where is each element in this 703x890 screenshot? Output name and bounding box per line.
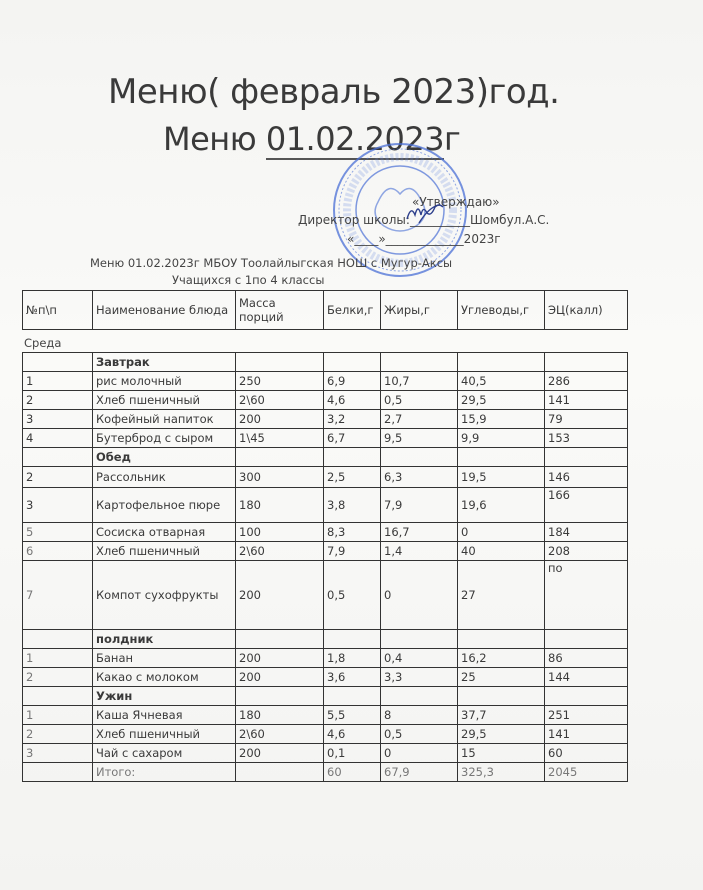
cell-number [23, 448, 93, 467]
cell-protein: 4,6 [324, 391, 381, 410]
cell-mass [236, 448, 324, 467]
cell-carbs: 9,9 [458, 429, 545, 448]
cell-protein [324, 448, 381, 467]
cell-fat: 8 [381, 706, 458, 725]
cell-kcal: 2045 [545, 763, 628, 782]
section-row: Завтрак [23, 353, 628, 372]
cell-dish-name: рис молочный [93, 372, 236, 391]
cell-carbs: 40 [458, 542, 545, 561]
total-row: Итого:6067,9325,32045 [23, 763, 628, 782]
cell-protein: 0,5 [324, 561, 381, 630]
cell-kcal: 153 [545, 429, 628, 448]
cell-number: 3 [23, 410, 93, 429]
cell-mass: 1\45 [236, 429, 324, 448]
col-number: №п\п [23, 291, 93, 330]
cell-fat [381, 448, 458, 467]
cell-mass [236, 353, 324, 372]
section-row: Ужин [23, 687, 628, 706]
cell-dish-name: Банан [93, 649, 236, 668]
cell-protein: 3,8 [324, 488, 381, 523]
cell-mass [236, 630, 324, 649]
cell-number: 2 [23, 391, 93, 410]
cell-kcal: 166 [545, 488, 628, 523]
cell-dish-name: Кофейный напиток [93, 410, 236, 429]
cell-dish-name: Хлеб пшеничный [93, 725, 236, 744]
cell-kcal: 144 [545, 668, 628, 687]
cell-number [23, 763, 93, 782]
cell-protein: 6,9 [324, 372, 381, 391]
cell-protein: 5,5 [324, 706, 381, 725]
cell-number [23, 630, 93, 649]
cell-kcal: 60 [545, 744, 628, 763]
cell-kcal: 146 [545, 467, 628, 488]
cell-number: 1 [23, 372, 93, 391]
cell-kcal [545, 353, 628, 372]
cell-fat: 16,7 [381, 523, 458, 542]
cell-number: 4 [23, 429, 93, 448]
cell-protein [324, 630, 381, 649]
cell-protein: 4,6 [324, 725, 381, 744]
approval-date: «____»_____________2023г [347, 232, 501, 246]
cell-dish-name: Хлеб пшеничный [93, 542, 236, 561]
cell-mass: 200 [236, 649, 324, 668]
cell-number: 2 [23, 725, 93, 744]
cell-number: 3 [23, 744, 93, 763]
cell-fat: 2,7 [381, 410, 458, 429]
cell-carbs: 29,5 [458, 391, 545, 410]
cell-mass: 200 [236, 668, 324, 687]
cell-protein: 0,1 [324, 744, 381, 763]
cell-protein: 3,6 [324, 668, 381, 687]
cell-protein: 8,3 [324, 523, 381, 542]
table-row: 1Банан2001,80,416,286 [23, 649, 628, 668]
cell-kcal: 251 [545, 706, 628, 725]
cell-carbs: 29,5 [458, 725, 545, 744]
cell-kcal: 141 [545, 725, 628, 744]
cell-protein [324, 687, 381, 706]
menu-header-line: Меню 01.02.2023г МБОУ Тоолайлыгская НОШ … [90, 256, 452, 270]
cell-dish-name: Чай с сахаром [93, 744, 236, 763]
cell-kcal [545, 687, 628, 706]
table-row: 6Хлеб пшеничный2\607,91,440208 [23, 542, 628, 561]
cell-protein: 7,9 [324, 542, 381, 561]
cell-carbs: 40,5 [458, 372, 545, 391]
cell-fat: 9,5 [381, 429, 458, 448]
cell-kcal: 184 [545, 523, 628, 542]
cell-dish-name: Завтрак [93, 353, 236, 372]
cell-fat: 1,4 [381, 542, 458, 561]
cell-fat [381, 353, 458, 372]
cell-number: 2 [23, 668, 93, 687]
cell-mass: 2\60 [236, 391, 324, 410]
table-row: 7Компот сухофрукты2000,5027по [23, 561, 628, 630]
cell-mass: 200 [236, 744, 324, 763]
cell-dish-name: полдник [93, 630, 236, 649]
cell-dish-name: Ужин [93, 687, 236, 706]
cell-carbs: 19,5 [458, 467, 545, 488]
day-label: Среда [24, 336, 61, 350]
cell-kcal: 79 [545, 410, 628, 429]
cell-protein: 3,2 [324, 410, 381, 429]
cell-fat: 0,5 [381, 725, 458, 744]
table-row: 1Каша Ячневая1805,5837,7251 [23, 706, 628, 725]
cell-dish-name: Компот сухофрукты [93, 561, 236, 630]
cell-mass: 250 [236, 372, 324, 391]
cell-dish-name: Какао с молоком [93, 668, 236, 687]
cell-carbs: 15,9 [458, 410, 545, 429]
cell-protein: 1,8 [324, 649, 381, 668]
cell-carbs [458, 353, 545, 372]
cell-dish-name: Рассольник [93, 467, 236, 488]
cell-carbs: 25 [458, 668, 545, 687]
cell-fat: 6,3 [381, 467, 458, 488]
section-row: Обед [23, 448, 628, 467]
cell-number: 3 [23, 488, 93, 523]
cell-dish-name: Каша Ячневая [93, 706, 236, 725]
cell-carbs: 37,7 [458, 706, 545, 725]
cell-number [23, 353, 93, 372]
cell-mass: 200 [236, 561, 324, 630]
cell-number: 1 [23, 649, 93, 668]
cell-kcal: по [545, 561, 628, 630]
cell-number [23, 687, 93, 706]
cell-fat: 3,3 [381, 668, 458, 687]
col-fat: Жиры,г [381, 291, 458, 330]
cell-dish-name: Хлеб пшеничный [93, 391, 236, 410]
col-mass: Массапорций [236, 291, 324, 330]
cell-dish-name: Картофельное пюре [93, 488, 236, 523]
cell-number: 2 [23, 467, 93, 488]
header-row: №п\п Наименование блюда Массапорций Белк… [23, 291, 628, 330]
cell-fat: 7,9 [381, 488, 458, 523]
menu-table: Завтрак1 рис молочный2506,910,740,52862Х… [22, 352, 628, 782]
cell-carbs: 15 [458, 744, 545, 763]
cell-kcal: 286 [545, 372, 628, 391]
cell-number: 6 [23, 542, 93, 561]
table-row: 2Хлеб пшеничный2\604,60,529,5141 [23, 391, 628, 410]
col-protein: Белки,г [324, 291, 381, 330]
cell-dish-name: Итого: [93, 763, 236, 782]
cell-carbs: 325,3 [458, 763, 545, 782]
cell-protein: 6,7 [324, 429, 381, 448]
cell-protein [324, 353, 381, 372]
table-row: 2Хлеб пшеничный2\604,60,529,5141 [23, 725, 628, 744]
cell-protein: 60 [324, 763, 381, 782]
cell-fat: 67,9 [381, 763, 458, 782]
cell-kcal: 86 [545, 649, 628, 668]
table-row: 2Какао с молоком2003,63,325144 [23, 668, 628, 687]
cell-number: 5 [23, 523, 93, 542]
col-kcal: ЭЦ(калл) [545, 291, 628, 330]
signature-icon [405, 203, 445, 225]
cell-carbs: 27 [458, 561, 545, 630]
cell-dish-name: Сосиска отварная [93, 523, 236, 542]
cell-carbs [458, 630, 545, 649]
cell-fat [381, 687, 458, 706]
cell-mass [236, 687, 324, 706]
cell-kcal [545, 448, 628, 467]
cell-carbs: 16,2 [458, 649, 545, 668]
cell-mass: 300 [236, 467, 324, 488]
col-carbs: Углеводы,г [458, 291, 545, 330]
cell-mass: 100 [236, 523, 324, 542]
cell-kcal: 141 [545, 391, 628, 410]
cell-mass: 200 [236, 410, 324, 429]
cell-fat: 10,7 [381, 372, 458, 391]
menu-table-header: №п\п Наименование блюда Массапорций Белк… [22, 290, 628, 330]
cell-fat: 0 [381, 561, 458, 630]
cell-mass: 180 [236, 488, 324, 523]
cell-protein: 2,5 [324, 467, 381, 488]
cell-fat: 0 [381, 744, 458, 763]
cell-fat [381, 630, 458, 649]
cell-mass: 180 [236, 706, 324, 725]
cell-mass: 2\60 [236, 725, 324, 744]
cell-fat: 0,4 [381, 649, 458, 668]
grade-line: Учащихся с 1по 4 классы [172, 273, 324, 287]
col-dish-name: Наименование блюда [93, 291, 236, 330]
table-row: 5Сосиска отварная1008,316,70184 [23, 523, 628, 542]
cell-mass: 2\60 [236, 542, 324, 561]
table-row: 3Картофельное пюре1803,87,919,6166 [23, 488, 628, 523]
table-row: 3Чай с сахаром2000,101560 [23, 744, 628, 763]
table-row: 2Рассольник3002,56,319,5146 [23, 467, 628, 488]
subtitle-prefix: Меню [163, 120, 266, 158]
cell-carbs: 19,6 [458, 488, 545, 523]
cell-dish-name: Бутерброд с сыром [93, 429, 236, 448]
table-row: 4Бутерброд с сыром1\456,79,59,9153 [23, 429, 628, 448]
cell-kcal: 208 [545, 542, 628, 561]
cell-carbs [458, 687, 545, 706]
section-row: полдник [23, 630, 628, 649]
table-row: 1 рис молочный2506,910,740,5286 [23, 372, 628, 391]
cell-mass [236, 763, 324, 782]
cell-carbs: 0 [458, 523, 545, 542]
document-title: Меню( февраль 2023)год. [108, 72, 559, 112]
cell-kcal [545, 630, 628, 649]
cell-number: 7 [23, 561, 93, 630]
cell-dish-name: Обед [93, 448, 236, 467]
table-row: 3Кофейный напиток2003,22,715,979 [23, 410, 628, 429]
cell-fat: 0,5 [381, 391, 458, 410]
cell-number: 1 [23, 706, 93, 725]
cell-carbs [458, 448, 545, 467]
